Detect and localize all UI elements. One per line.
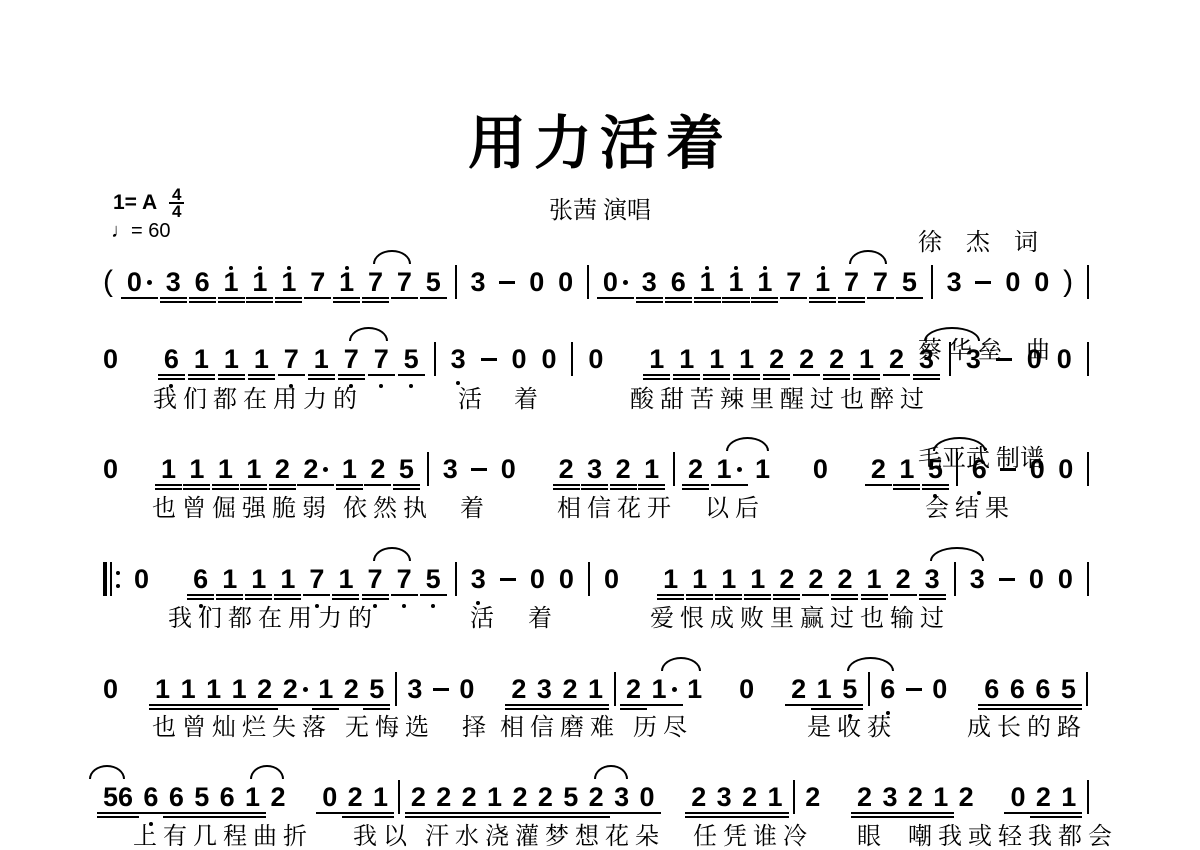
time-top: 4 (172, 188, 181, 201)
spacer (529, 469, 545, 470)
note-token: 6 (195, 263, 210, 301)
note-token: 6 (169, 778, 184, 816)
underline-beam (391, 594, 418, 596)
note-token: 3 (451, 340, 466, 378)
note-token: 6 (143, 778, 158, 816)
note-token: 1 (588, 670, 603, 708)
dash-extension (1000, 450, 1016, 488)
note-token: 1 (318, 670, 333, 708)
underline-beam (362, 594, 389, 596)
note-token: 1 (867, 560, 882, 598)
note-token: 1 (280, 560, 295, 598)
note-token: 56 (103, 778, 133, 816)
note-token: 5 (194, 778, 209, 816)
note-token: 2 (344, 670, 359, 708)
note-token: 7 (344, 340, 359, 378)
slur-tie-arc (930, 547, 984, 561)
note-token: 1 (692, 560, 707, 598)
spacer (618, 359, 634, 360)
underline-beam (149, 704, 176, 706)
underline-beam (831, 594, 858, 596)
underline-beam (304, 297, 331, 299)
underline-beam (332, 594, 359, 596)
lyric-segment: 着 (460, 488, 484, 523)
spacer (163, 579, 179, 580)
note-token: 5 (426, 560, 441, 598)
underline-beam (336, 484, 363, 486)
barline (949, 340, 951, 378)
note-token: 5 (902, 263, 917, 301)
underline-beam (583, 812, 610, 814)
underline-beam (665, 297, 692, 299)
underline-beam (751, 301, 778, 303)
note-token: 1 (755, 450, 770, 488)
underline-beam (703, 374, 730, 376)
underline-beam (890, 594, 917, 596)
barline (571, 340, 573, 378)
underline-beam (367, 812, 394, 814)
underline-beam (363, 704, 390, 706)
spacer (831, 797, 847, 798)
underline-beam (275, 297, 302, 299)
barline (434, 340, 436, 378)
underline-beam (251, 704, 278, 706)
note-token: 3 (471, 560, 486, 598)
underline-beam (711, 484, 748, 486)
note-token: 1 (224, 340, 239, 378)
note-token: 1 (644, 450, 659, 488)
note-token: 1 (373, 778, 388, 816)
octave-dot-above (821, 266, 825, 270)
underline-beam (420, 594, 447, 596)
note-token: 1 (342, 450, 357, 488)
note-token: 7 (368, 560, 383, 598)
barline (614, 670, 616, 708)
note-token: 1 (222, 560, 237, 598)
note-token: 1 (815, 263, 830, 301)
lyric-segment: 眼 (857, 816, 881, 850)
underline-beam (393, 484, 420, 486)
barline (455, 560, 457, 598)
underline-beam (269, 484, 296, 486)
note-token: 6 (193, 560, 208, 598)
key-signature: 1= A 4 4 (113, 188, 184, 218)
note-token: 1 (721, 560, 736, 598)
underline-beam (278, 374, 305, 376)
note-token: 1 (933, 778, 948, 816)
time-bottom: 4 (172, 205, 181, 218)
octave-dot-above (229, 266, 233, 270)
note-token: 3 (970, 560, 985, 598)
music-line-5: 01111221253023212110215606665 (103, 670, 1089, 708)
barline (1087, 340, 1089, 378)
underline-beam (188, 812, 215, 814)
octave-dot-above (734, 266, 738, 270)
underline-beam (420, 297, 447, 299)
note-token: 2 (779, 560, 794, 598)
underline-beam (160, 297, 187, 299)
underline-beam (927, 812, 954, 814)
underline-beam (430, 812, 457, 814)
rest-token: 0 (639, 778, 654, 816)
underline-beam (277, 704, 314, 706)
underline-beam (218, 374, 245, 376)
underline-beam (978, 704, 1005, 706)
note-token: 3 (925, 560, 940, 598)
rest-token: 0 (541, 340, 556, 378)
underline-beam (919, 594, 946, 596)
note-token: 2 (808, 560, 823, 598)
note-token: 1 (338, 560, 353, 598)
note-token: 7 (284, 340, 299, 378)
repeat-begin-barline (103, 560, 120, 598)
note-token: 7 (844, 263, 859, 301)
underline-beam (610, 484, 637, 486)
underline-beam (557, 812, 584, 814)
note-token: 2 (562, 670, 577, 708)
note-token: 2 (462, 778, 477, 816)
note-token: 1 (739, 340, 754, 378)
note-token: 3 (443, 450, 458, 488)
dash-extension (433, 670, 449, 708)
barline (427, 450, 429, 488)
dash-extension (481, 340, 497, 378)
underline-beam (212, 484, 239, 486)
lyric-segment: 会 结 果 (925, 488, 1009, 523)
note-token: 1 (281, 263, 296, 301)
spacer (133, 359, 149, 360)
underline-beam (316, 812, 343, 814)
note-token: 7 (374, 340, 389, 378)
underline-beam (531, 704, 558, 706)
underline-beam (657, 594, 684, 596)
barline (395, 670, 397, 708)
lyric-segment: 以 后 (705, 488, 759, 523)
note-token: 1 (194, 340, 209, 378)
rest-token: 0 (511, 340, 526, 378)
barline (455, 263, 457, 301)
note-token: 3 (947, 263, 962, 301)
barline (673, 450, 675, 488)
slur-tie-arc (726, 437, 769, 451)
note-token: 1 (817, 670, 832, 708)
rest-token: 0 (604, 560, 619, 598)
spacer (765, 689, 781, 690)
rest-token: 0 (558, 263, 573, 301)
underline-beam (636, 301, 663, 303)
barline (1087, 560, 1089, 598)
underline-beam (744, 594, 771, 596)
underline-beam (682, 484, 709, 486)
underline-beam (303, 594, 330, 596)
note-token: 2 (769, 340, 784, 378)
lyric-segment: 嘲 我 或 轻 我 (908, 816, 1052, 850)
underline-beam (200, 704, 227, 706)
note-token: 1 (245, 778, 260, 816)
note-token: 5 (928, 450, 943, 488)
note-token: 2 (889, 340, 904, 378)
lyrics-line-5: 也 曾 灿 烂 失 落无 悔 选择相 信 磨 难历 尽是 收 获成 长 的 路 (0, 707, 1200, 739)
note-token: 2 (303, 450, 328, 488)
underline-beam (338, 374, 365, 376)
barline (956, 450, 958, 488)
note-token: 2 (559, 450, 574, 488)
music-line-1: (0361117177530003611171775300) (103, 263, 1089, 301)
note-token: 2 (511, 670, 526, 708)
barline (931, 263, 933, 301)
note-token: 2 (370, 450, 385, 488)
rest-token: 0 (603, 263, 628, 301)
underline-beam (362, 301, 389, 303)
lyric-segment: 我 们 都 在 用 力 的 (168, 598, 372, 633)
underline-beam (686, 594, 713, 596)
rest-token: 0 (1058, 560, 1073, 598)
note-token: 1 (652, 670, 677, 708)
note-token: 5 (399, 450, 414, 488)
tempo-value: = 60 (131, 220, 170, 242)
underline-beam (883, 374, 910, 376)
lyric-segment: 历 尽 (633, 707, 687, 742)
sheet-music-page: 用力活着 张茜 演唱 徐 杰 词 蔡 华 垒 曲 毛亚武 制谱 1= A 4 4… (0, 0, 1200, 850)
spacer (984, 797, 1000, 798)
note-token: 2 (1036, 778, 1051, 816)
underline-beam (246, 297, 273, 299)
underline-beam (902, 812, 929, 814)
spacer (841, 469, 857, 470)
rest-token: 0 (529, 263, 544, 301)
barline (868, 670, 870, 708)
note-token: 7 (397, 560, 412, 598)
note-token: 1 (899, 450, 914, 488)
note-token: 1 (339, 263, 354, 301)
dash-extension (999, 560, 1015, 598)
note-token: 1 (1061, 778, 1076, 816)
octave-dot-above (287, 266, 291, 270)
note-token: 2 (275, 450, 290, 488)
rest-token: 0 (1034, 263, 1049, 301)
rest-token: 0 (103, 450, 118, 488)
note-token: 3 (166, 263, 181, 301)
lyric-segment: 着 (514, 379, 538, 414)
underline-beam (633, 812, 660, 814)
underline-beam (896, 297, 923, 299)
underline-beam (275, 301, 302, 303)
note-token: 6 (220, 778, 235, 816)
note-token: 7 (309, 560, 324, 598)
underline-beam (780, 297, 807, 299)
underline-beam (785, 704, 812, 706)
note-token: 1 (767, 778, 782, 816)
underline-beam (189, 297, 216, 299)
underline-beam (1004, 704, 1031, 706)
note-token: 3 (407, 670, 422, 708)
note-token: 2 (283, 670, 308, 708)
rest-token: 0 (127, 263, 152, 301)
underline-beam (364, 484, 391, 486)
rest-token: 0 (322, 778, 337, 816)
open-paren: ( (103, 263, 113, 301)
note-token: 7 (310, 263, 325, 301)
barline (1087, 450, 1089, 488)
note-token: 6 (1010, 670, 1025, 708)
lyric-segment: 相 信 花 开 (557, 488, 671, 523)
lyric-segment: 我 们 都 在 用 力 的 (153, 379, 357, 414)
slur-tie-arc (89, 765, 125, 779)
underline-beam (638, 484, 665, 486)
underline-beam (248, 374, 275, 376)
underline-beam (793, 374, 820, 376)
spacer (485, 689, 501, 690)
underline-beam (733, 374, 760, 376)
underline-beam (715, 594, 742, 596)
dash-extension (500, 560, 516, 598)
note-token: 6 (880, 670, 895, 708)
lyric-segment: 相 信 磨 难 (500, 707, 614, 742)
underline-beam (636, 297, 663, 299)
note-token: 5 (1061, 670, 1076, 708)
barline (1086, 670, 1088, 708)
underline-beam (694, 297, 721, 299)
rest-token: 0 (1027, 340, 1042, 378)
underline-beam (722, 297, 749, 299)
rest-token: 0 (559, 560, 574, 598)
note-token: 7 (786, 263, 801, 301)
underline-beam (581, 484, 608, 486)
lyric-segment: 成 长 的 路 (967, 707, 1081, 742)
underline-beam (214, 812, 241, 814)
underline-beam (121, 297, 158, 299)
underline-beam (505, 704, 532, 706)
underline-beam (646, 704, 683, 706)
note-token: 3 (471, 263, 486, 301)
underline-beam (751, 297, 778, 299)
underline-beam (189, 301, 216, 303)
note-token: 6 (984, 670, 999, 708)
music-line-6: 5666561202122212252302321223212021 (103, 778, 1089, 816)
lyricist-credit: 徐 杰 词 (918, 225, 1098, 261)
note-token: 1 (189, 450, 204, 488)
note-token: 1 (224, 263, 239, 301)
note-token: 1 (252, 263, 267, 301)
underline-beam (556, 704, 583, 706)
note-token: 1 (206, 670, 221, 708)
underline-beam (218, 297, 245, 299)
spacer (713, 689, 729, 690)
lyric-segment: 酸 甜 苦 辣 里 醒 过 也 醉 过 (630, 379, 924, 414)
note-token: 2 (512, 778, 527, 816)
note-token: 2 (805, 778, 820, 816)
rest-token: 0 (588, 340, 603, 378)
underline-beam (865, 484, 892, 486)
lyric-segment: 也 曾 灿 烂 失 落 (152, 707, 326, 742)
barline (793, 778, 795, 816)
rest-token: 0 (1030, 450, 1045, 488)
underline-beam (853, 374, 880, 376)
dash-extension (975, 263, 991, 301)
rest-token: 0 (103, 670, 118, 708)
note-token: 2 (742, 778, 757, 816)
barline (1087, 778, 1089, 816)
slur-tie-arc (349, 327, 388, 341)
underline-beam (391, 297, 418, 299)
note-token: 1 (314, 340, 329, 378)
lyric-segment: 我 以 (353, 816, 407, 850)
lyric-segment: 活 (458, 379, 482, 414)
spacer (131, 469, 147, 470)
note-token: 2 (616, 450, 631, 488)
note-token: 5 (842, 670, 857, 708)
note-token: 2 (959, 778, 974, 816)
rest-token: 0 (459, 670, 474, 708)
lyric-segment: 依 然 执 (343, 488, 427, 523)
slur-tie-arc (849, 250, 887, 264)
underline-beam (312, 704, 339, 706)
lyric-segment: 汗 水 浇 灌 梦 想 花 朵 (425, 816, 659, 850)
spacer (633, 579, 649, 580)
underline-beam (553, 484, 580, 486)
underline-beam (240, 484, 267, 486)
note-token: 2 (857, 778, 872, 816)
note-token: 1 (859, 340, 874, 378)
underline-beam (893, 484, 920, 486)
rest-token: 0 (1005, 263, 1020, 301)
time-signature: 4 4 (169, 188, 184, 218)
barline (587, 263, 589, 301)
key-label: 1= A (113, 191, 157, 215)
lyric-segment: 着 (528, 598, 552, 633)
note-token: 7 (873, 263, 888, 301)
quarter-note-icon: ♩ (111, 220, 131, 242)
underline-beam (673, 374, 700, 376)
underline-beam (239, 812, 266, 814)
barline (1087, 263, 1089, 301)
underline-beam (876, 812, 903, 814)
note-token: 6 (671, 263, 686, 301)
note-token: 3 (537, 670, 552, 708)
close-paren: ) (1063, 263, 1073, 301)
underline-beam (823, 374, 850, 376)
underline-beam (245, 594, 272, 596)
note-token: 2 (411, 778, 426, 816)
underline-beam (809, 301, 836, 303)
underline-beam (736, 812, 763, 814)
slur-tie-arc (373, 250, 411, 264)
note-token: 3 (717, 778, 732, 816)
note-token: 1 (232, 670, 247, 708)
underline-beam (398, 374, 425, 376)
dash-extension (499, 263, 515, 301)
note-token: 2 (538, 778, 553, 816)
rest-token: 0 (739, 670, 754, 708)
note-token: 2 (436, 778, 451, 816)
note-token: 3 (882, 778, 897, 816)
note-token: 2 (896, 560, 911, 598)
underline-beam (1029, 704, 1056, 706)
underline-beam (1055, 812, 1082, 814)
underline-beam (532, 812, 559, 814)
underline-beam (506, 812, 533, 814)
barline (954, 560, 956, 598)
underline-beam (175, 704, 202, 706)
note-token: 1 (757, 263, 772, 301)
note-token: 1 (687, 670, 702, 708)
underline-beam (913, 374, 940, 376)
note-token: 1 (717, 450, 742, 488)
underline-beam (838, 297, 865, 299)
note-token: 2 (837, 560, 852, 598)
note-token: 1 (663, 560, 678, 598)
underline-beam (137, 812, 164, 814)
